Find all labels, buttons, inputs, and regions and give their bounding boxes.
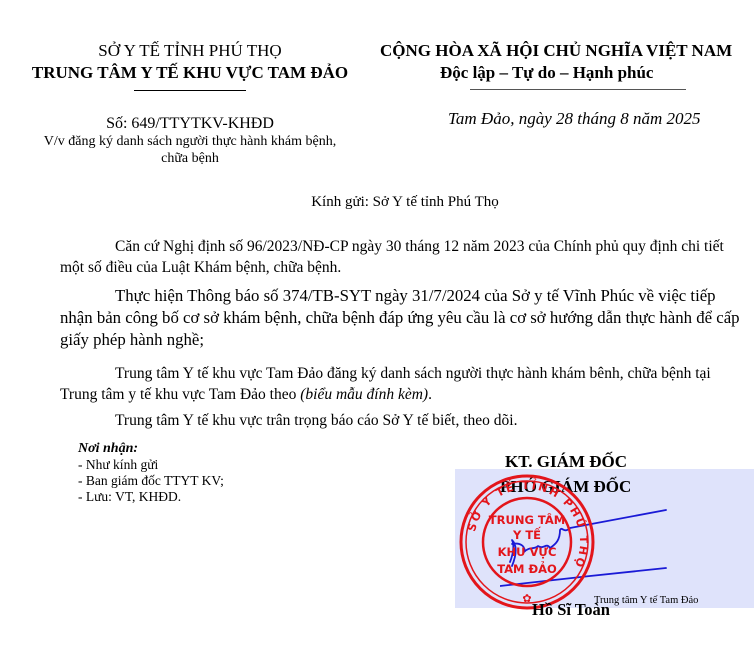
- national-header: CỘNG HÒA XÃ HỘI CHỦ NGHĨA VIỆT NAM Độc l…: [370, 40, 754, 90]
- date-place: Tam Đảo, ngày 28 tháng 8 năm 2025: [448, 109, 701, 129]
- svg-text:Y TẾ: Y TẾ: [512, 526, 541, 542]
- signer-name: Hồ Sĩ Toàn: [532, 600, 610, 620]
- document-subject: V/v đăng ký danh sách người thực hành kh…: [0, 133, 380, 167]
- subject-line-1: V/v đăng ký danh sách người thực hành kh…: [0, 133, 380, 150]
- document-number: Số: 649/TTYTKV-KHĐD: [0, 114, 380, 134]
- national-motto: Độc lập – Tự do – Hạnh phúc: [370, 62, 754, 84]
- paragraph-text: Trung tâm Y tế khu vực trân trọng báo cá…: [115, 412, 517, 429]
- paragraph-text: Căn cứ Nghị định số 96/2023/NĐ-CP ngày 3…: [60, 238, 724, 276]
- organization-name: TRUNG TÂM Y TẾ KHU VỰC TAM ĐẢO: [0, 62, 380, 84]
- paragraph-registration: Trung tâm Y tế khu vực Tam Đảo đăng ký d…: [60, 363, 750, 405]
- recipient-item: - Như kính gửi: [78, 457, 224, 473]
- paragraph-legal-basis: Căn cứ Nghị định số 96/2023/NĐ-CP ngày 3…: [60, 236, 750, 278]
- subject-line-2: chữa bệnh: [0, 150, 380, 167]
- attachment-note: (biểu mẫu đính kèm): [300, 386, 428, 403]
- header-underline: [134, 90, 246, 91]
- recipient-item: - Ban giám đốc TTYT KV;: [78, 473, 224, 489]
- recipients-heading: Nơi nhận:: [78, 441, 224, 457]
- department-name: SỞ Y TẾ TỈNH PHÚ THỌ: [0, 40, 380, 62]
- official-seal-icon: SỞ Y TẾ TỈNH PHÚ THỌ TRUNG TÂM Y TẾ KHU …: [455, 470, 605, 620]
- country-name: CỘNG HÒA XÃ HỘI CHỦ NGHĨA VIỆT NAM: [370, 40, 754, 62]
- svg-text:✿: ✿: [522, 593, 531, 605]
- svg-text:TAM ĐẢO: TAM ĐẢO: [497, 560, 557, 576]
- recipients-list: Nơi nhận: - Như kính gửi - Ban giám đốc …: [78, 441, 224, 505]
- svg-text:TRUNG TÂM: TRUNG TÂM: [489, 512, 565, 527]
- paragraph-closing: Trung tâm Y tế khu vực trân trọng báo cá…: [60, 410, 750, 431]
- paragraph-text: Thực hiện Thông báo số 374/TB-SYT ngày 3…: [60, 286, 740, 349]
- issuer-header: SỞ Y TẾ TỈNH PHÚ THỌ TRUNG TÂM Y TẾ KHU …: [0, 40, 380, 91]
- motto-underline: [470, 89, 686, 90]
- recipient-item: - Lưu: VT, KHĐD.: [78, 489, 224, 505]
- signer-title-primary: KT. GIÁM ĐỐC: [505, 452, 627, 472]
- recipient-line: Kính gửi: Sở Y tế tỉnh Phú Thọ: [60, 194, 750, 211]
- svg-text:KHU VỰC: KHU VỰC: [498, 545, 557, 559]
- paragraph-implementation: Thực hiện Thông báo số 374/TB-SYT ngày 3…: [60, 285, 750, 351]
